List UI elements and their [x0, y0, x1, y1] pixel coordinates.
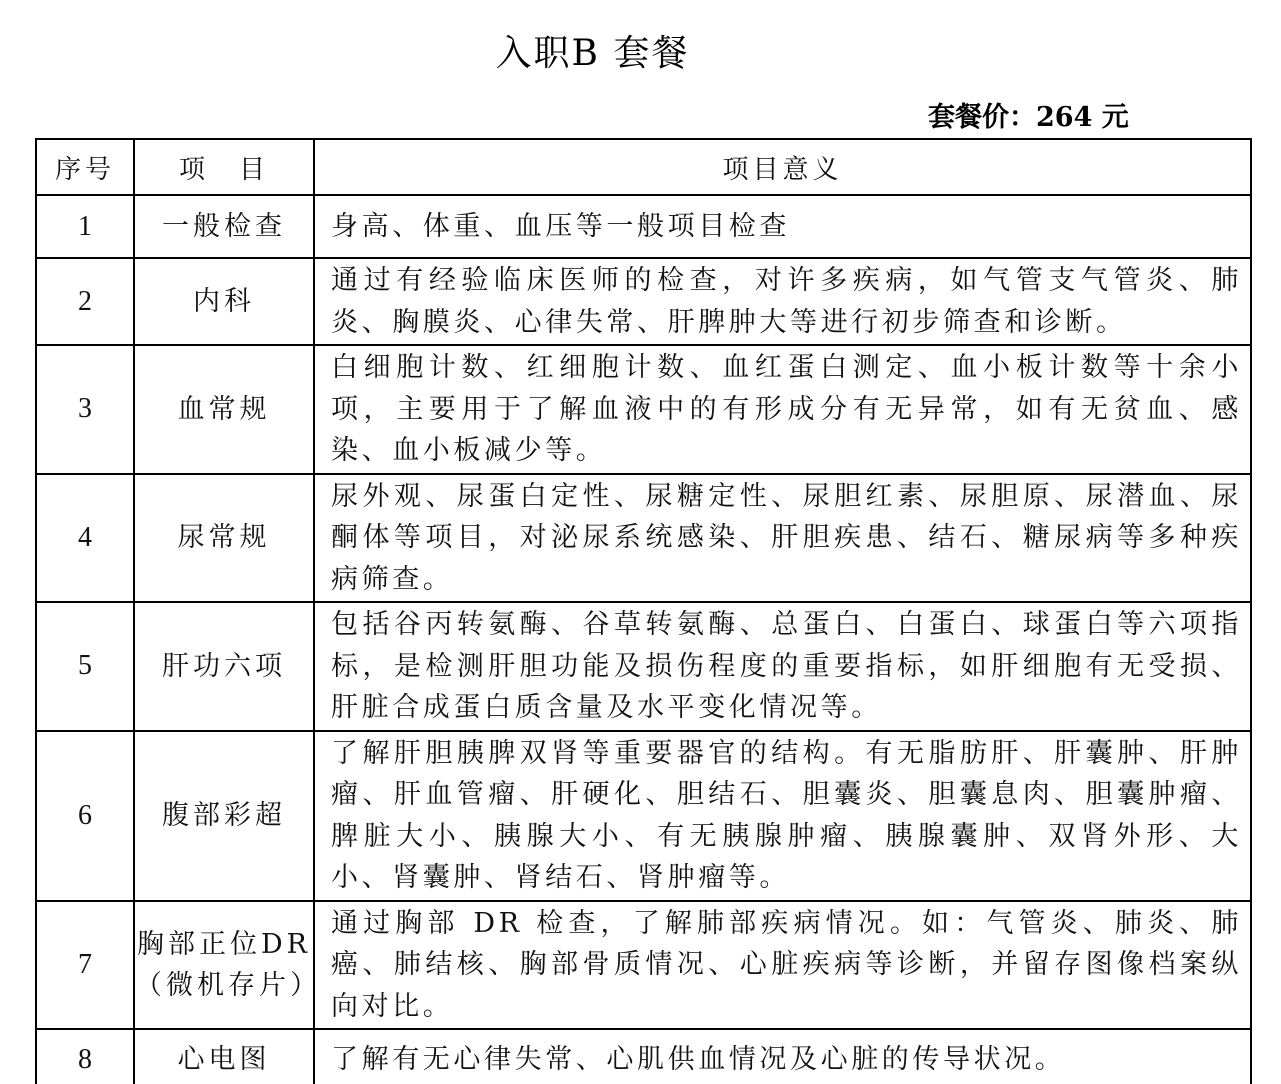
- row-meaning: 了解有无心律失常、心肌供血情况及心脏的传导状况。: [314, 1029, 1251, 1084]
- row-no: 2: [36, 258, 134, 345]
- table-row: 1 一般检查 身高、体重、血压等一般项目检查: [36, 195, 1251, 258]
- header-meaning: 项目意义: [314, 139, 1251, 195]
- table-row: 5 肝功六项 包括谷丙转氨酶、谷草转氨酶、总蛋白、白蛋白、球蛋白等六项指标，是检…: [36, 602, 1251, 731]
- row-no: 6: [36, 731, 134, 901]
- row-no: 8: [36, 1029, 134, 1084]
- table-row: 4 尿常规 尿外观、尿蛋白定性、尿糖定性、尿胆红素、尿胆原、尿潜血、尿酮体等项目…: [36, 474, 1251, 603]
- row-no: 1: [36, 195, 134, 258]
- row-meaning: 包括谷丙转氨酶、谷草转氨酶、总蛋白、白蛋白、球蛋白等六项指标，是检测肝胆功能及损…: [314, 602, 1251, 731]
- package-price: 套餐价：264 元: [928, 98, 1129, 138]
- document-title: 入职B 套餐: [0, 28, 1185, 80]
- row-meaning: 尿外观、尿蛋白定性、尿糖定性、尿胆红素、尿胆原、尿潜血、尿酮体等项目，对泌尿系统…: [314, 474, 1251, 603]
- table-row: 7 胸部正位DR（微机存片） 通过胸部 DR 检查，了解肺部疾病情况。如：气管炎…: [36, 901, 1251, 1030]
- row-item: 胸部正位DR（微机存片）: [134, 901, 314, 1030]
- row-item: 血常规: [134, 345, 314, 474]
- row-meaning: 通过有经验临床医师的检查，对许多疾病，如气管支气管炎、肺炎、胸膜炎、心律失常、肝…: [314, 258, 1251, 345]
- row-item: 一般检查: [134, 195, 314, 258]
- row-item: 内科: [134, 258, 314, 345]
- row-no: 4: [36, 474, 134, 603]
- package-items-table: 序号 项 目 项目意义 1 一般检查 身高、体重、血压等一般项目检查 2 内科 …: [35, 138, 1252, 1084]
- row-no: 5: [36, 602, 134, 731]
- table-row: 6 腹部彩超 了解肝胆胰脾双肾等重要器官的结构。有无脂肪肝、肝囊肿、肝肿瘤、肝血…: [36, 731, 1251, 901]
- header-no: 序号: [36, 139, 134, 195]
- row-no: 7: [36, 901, 134, 1030]
- row-item: 尿常规: [134, 474, 314, 603]
- row-meaning: 了解肝胆胰脾双肾等重要器官的结构。有无脂肪肝、肝囊肿、肝肿瘤、肝血管瘤、肝硬化、…: [314, 731, 1251, 901]
- table-row: 2 内科 通过有经验临床医师的检查，对许多疾病，如气管支气管炎、肺炎、胸膜炎、心…: [36, 258, 1251, 345]
- row-meaning: 通过胸部 DR 检查，了解肺部疾病情况。如：气管炎、肺炎、肺癌、肺结核、胸部骨质…: [314, 901, 1251, 1030]
- header-item: 项 目: [134, 139, 314, 195]
- row-no: 3: [36, 345, 134, 474]
- row-meaning: 白细胞计数、红细胞计数、血红蛋白测定、血小板计数等十余小项，主要用于了解血液中的…: [314, 345, 1251, 474]
- row-item: 肝功六项: [134, 602, 314, 731]
- row-item: 心电图: [134, 1029, 314, 1084]
- row-meaning: 身高、体重、血压等一般项目检查: [314, 195, 1251, 258]
- table-row: 3 血常规 白细胞计数、红细胞计数、血红蛋白测定、血小板计数等十余小项，主要用于…: [36, 345, 1251, 474]
- table-row: 8 心电图 了解有无心律失常、心肌供血情况及心脏的传导状况。: [36, 1029, 1251, 1084]
- table-header-row: 序号 项 目 项目意义: [36, 139, 1251, 195]
- row-item: 腹部彩超: [134, 731, 314, 901]
